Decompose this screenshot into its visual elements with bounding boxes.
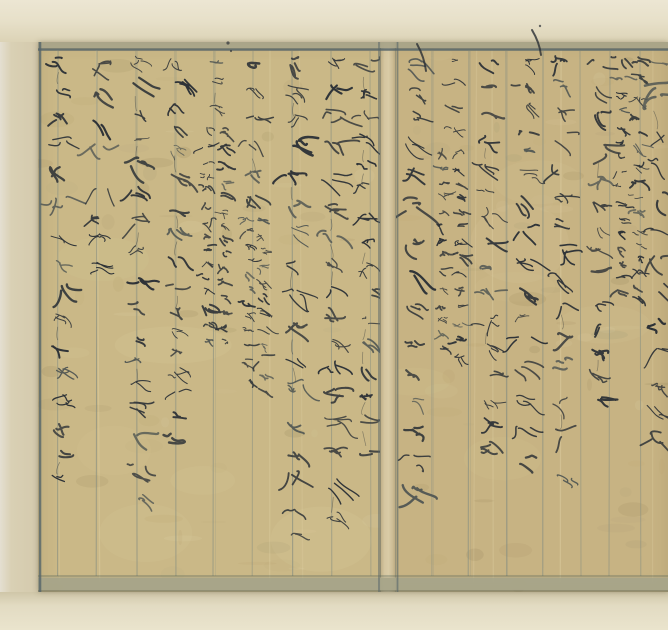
mounting-left-margin (0, 42, 38, 592)
mounting-bottom-margin (0, 592, 668, 630)
manuscript-sheet-right (396, 42, 668, 592)
sheet-svg-right (396, 42, 668, 592)
manuscript-panel (38, 42, 668, 592)
manuscript-photo (0, 0, 668, 630)
sheet-seam (380, 42, 396, 592)
manuscript-sheet-left (38, 42, 380, 592)
mounting-top-margin (0, 0, 668, 42)
sheet-svg-left (38, 42, 380, 592)
